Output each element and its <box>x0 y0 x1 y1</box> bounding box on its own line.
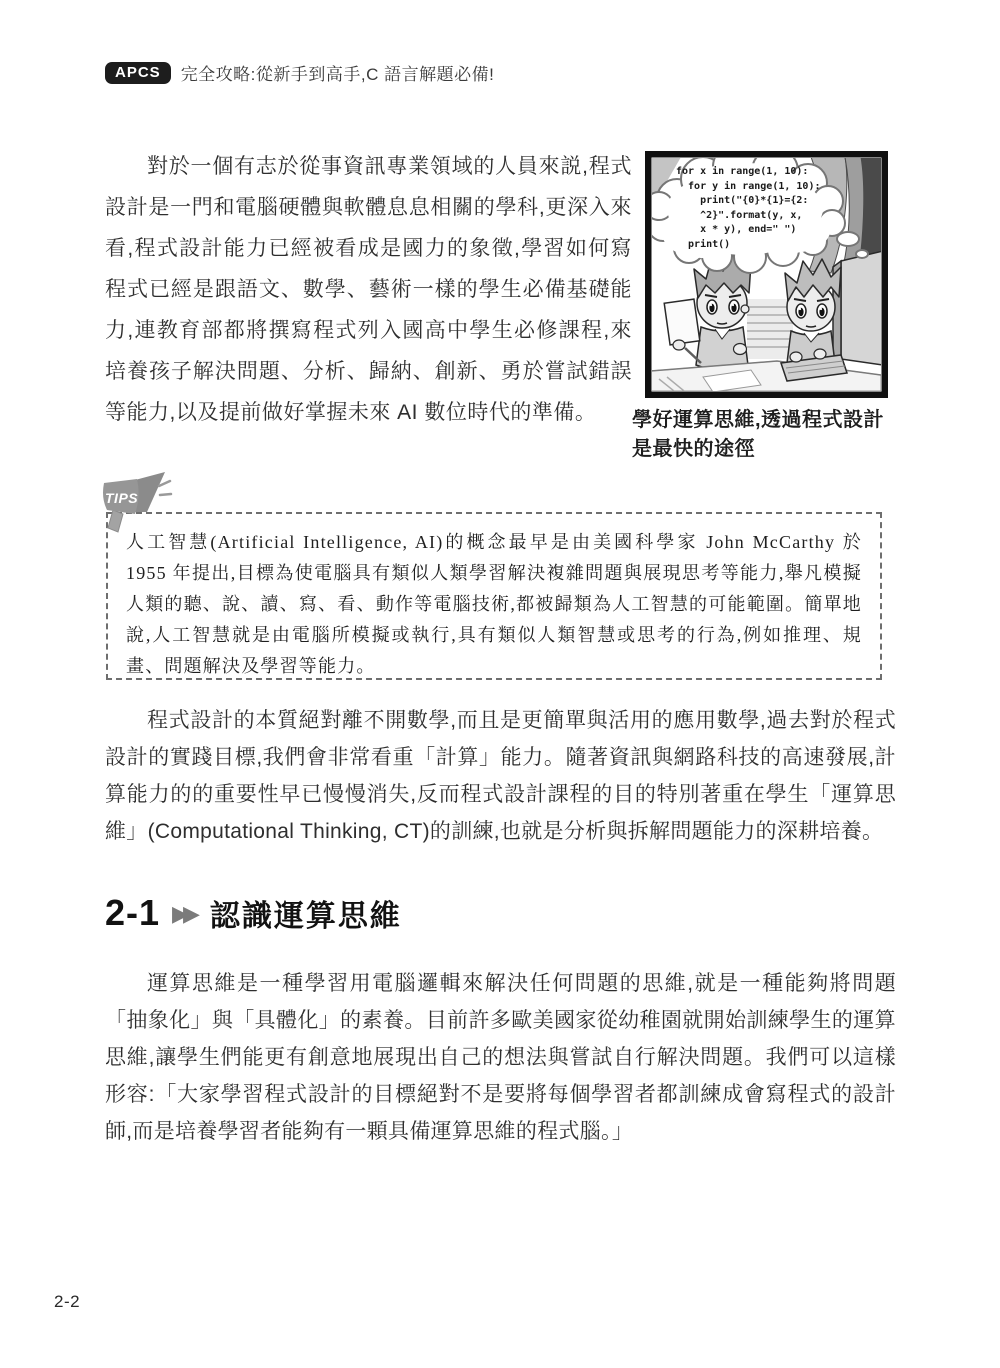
tips-text: 人工智慧(Artificial Intelligence, AI)的概念最早是由… <box>126 527 862 682</box>
section-heading: 2-1 ▶▶ 認識運算思維 <box>105 891 402 935</box>
tips-label: TIPS <box>105 490 138 506</box>
book-title: 完全攻略:從新手到高手,C 語言解題必備! <box>181 60 495 85</box>
paragraph-essence: 程式設計的本質絕對離不開數學,而且是更簡單與活用的應用數學,過去對於程式設計的實… <box>105 702 896 850</box>
right-kid-hand <box>790 352 802 362</box>
python-code-bubble: for x in range(1, 10): for y in range(1,… <box>676 165 821 252</box>
section-number: 2-1 <box>105 892 160 934</box>
tips-megaphone-icon: TIPS <box>99 472 173 536</box>
double-arrow-icon: ▶▶ <box>172 901 194 927</box>
comic-illustration: for x in range(1, 10): for y in range(1,… <box>645 151 888 398</box>
radiator <box>747 299 793 359</box>
tips-callout-box: 人工智慧(Artificial Intelligence, AI)的概念最早是由… <box>106 512 882 680</box>
page-number: 2-2 <box>54 1292 80 1312</box>
apcs-badge: APCS <box>105 62 171 84</box>
paragraph-intro: 對於一個有志於從事資訊專業領域的人員來説,程式設計是一門和電腦硬體與軟體息息相關… <box>105 146 632 433</box>
section-title: 認識運算思維 <box>210 891 402 935</box>
right-kid-hand <box>814 349 826 359</box>
paragraph-computational-thinking: 運算思維是一種學習用電腦邏輯來解決任何問題的思維,就是一種能夠將問題「抽象化」與… <box>105 965 896 1150</box>
paper-sheet <box>664 299 700 345</box>
book-header: APCS 完全攻略:從新手到高手,C 語言解題必備! <box>105 60 494 85</box>
figure-caption: 學好運算思維,透過程式設計是最快的途徑 <box>632 406 892 464</box>
